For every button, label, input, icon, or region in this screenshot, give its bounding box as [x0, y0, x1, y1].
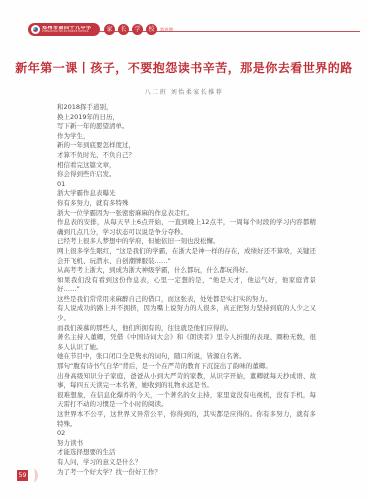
article-paragraph: 浙大学霸作息表曝光	[57, 189, 316, 199]
column-badge: 校	[146, 24, 157, 35]
article-paragraph: 著名主持人董卿，凭借《中国诗词大会》和《朗读者》里令人折服的表现、圈粉无数，很多…	[57, 333, 316, 352]
column-badge: 学	[132, 24, 143, 35]
article-paragraph: 有人问，学习的意义是什么？	[57, 458, 316, 468]
article-paragraph: 有人说成功的路上并不拥挤，因为嘴上说努力的人很多，真正把努力坚持到底的人少之又少…	[57, 304, 316, 323]
article-paragraph: 努力读书	[57, 439, 316, 449]
column-badges: 家长学校	[104, 24, 157, 35]
article-paragraph: 和2018挥手道别，	[57, 103, 316, 113]
article-paragraph: 很难想象，在信息化爆炸的今天，一个著名的女主持，家里竟没有电视机，没有手机，每天…	[57, 391, 316, 410]
article-paragraph: 写下新一年的愿望清单。	[57, 122, 316, 132]
article-paragraph: 才算不负时光、不负自己？	[57, 151, 316, 161]
article-paragraph: 01	[57, 180, 316, 190]
page-number-arc-decoration	[29, 469, 38, 482]
school-logo-icon	[31, 25, 40, 34]
article-body: 和2018挥手道别，换上2019年的日历，写下新一年的愿望清单。作为学生，新的一…	[57, 103, 316, 477]
article-paragraph: 这世界本不公平，这世界又异常公平，你得到的，其实都是应得的。你有多努力，就有多特…	[57, 410, 316, 429]
article-paragraph: 网上很多学生眼红，“这是我们的学霸，在浙大是神一样的存在，成绩好还不算啥，关键还…	[57, 247, 316, 266]
article-paragraph: 从高考考上浙大，到成为浙大神级学霸，什么都玩，什么都玩得好。	[57, 266, 316, 276]
article-title: 新年第一课丨孩子，不要抱怨读书辛苦，那是你去看世界的路	[14, 61, 354, 77]
school-name-en: ZHENGZHOU NO.49 MIDDLE SCHOOL	[42, 31, 92, 34]
article-paragraph: 为了考一个好大学？找一份好工作？	[57, 468, 316, 478]
article-paragraph: 你有多努力，就有多特殊	[57, 199, 316, 209]
article-paragraph: 换上2019年的日历，	[57, 113, 316, 123]
article-paragraph: 作为学生，	[57, 132, 316, 142]
article-paragraph: 出身高级知识分子家庭，爸爸从小到大严苛的家教，从识字开始，董卿就每天抄成语、故事…	[57, 372, 316, 391]
magazine-page: 郑州市第四十九中学 ZHENGZHOU NO.49 MIDDLE SCHOOL …	[0, 0, 368, 500]
article-paragraph: 你会得到些许启发。	[57, 170, 316, 180]
column-badge: 长	[118, 24, 129, 35]
article-paragraph: 相信看完这篇文章，	[57, 161, 316, 171]
article-paragraph: 如果我们没有看到这份作息表，心里一定想的是，“他是天才，他运气好，他家庭背景好……	[57, 276, 316, 295]
column-badge: 家	[104, 24, 115, 35]
article-byline: 八二班 刘怡柔家长推荐	[0, 87, 368, 96]
school-logo-glyph	[33, 27, 38, 32]
school-name-block: 郑州市第四十九中学 ZHENGZHOU NO.49 MIDDLE SCHOOL	[42, 26, 92, 34]
issue-caption: 第四期	[160, 27, 174, 33]
article-paragraph: 作息表的安排，从每天早上6点开始，一直到晚上12点半，一周每个时段的学习内容都精…	[57, 218, 316, 237]
article-paragraph: 02	[57, 429, 316, 439]
article-paragraph: 她在节目中，张口闭口全是隽永的词句，随口所说，皆源自名著。	[57, 352, 316, 362]
article-paragraph: 新的一年到底要怎样度过，	[57, 141, 316, 151]
article-paragraph: 那句“腹有诗书气自华”背后，是一个在严苛的教育下沉淀出了韵味的董卿。	[57, 362, 316, 372]
page-number-badge: 59	[17, 470, 28, 481]
article-paragraph: 浙大一位学霸因为一张密密麻麻的作息表走红。	[57, 209, 316, 219]
article-paragraph: 已经考上很多人梦想中的学府，但她依旧一刻也没松懈。	[57, 237, 316, 247]
school-banner: 郑州市第四十九中学 ZHENGZHOU NO.49 MIDDLE SCHOOL	[28, 23, 100, 36]
article-paragraph: 才能选择想要的生活	[57, 448, 316, 458]
article-paragraph: 而我们羡慕的那些人，他们所拥有的，往往就是他们应得的。	[57, 324, 316, 334]
